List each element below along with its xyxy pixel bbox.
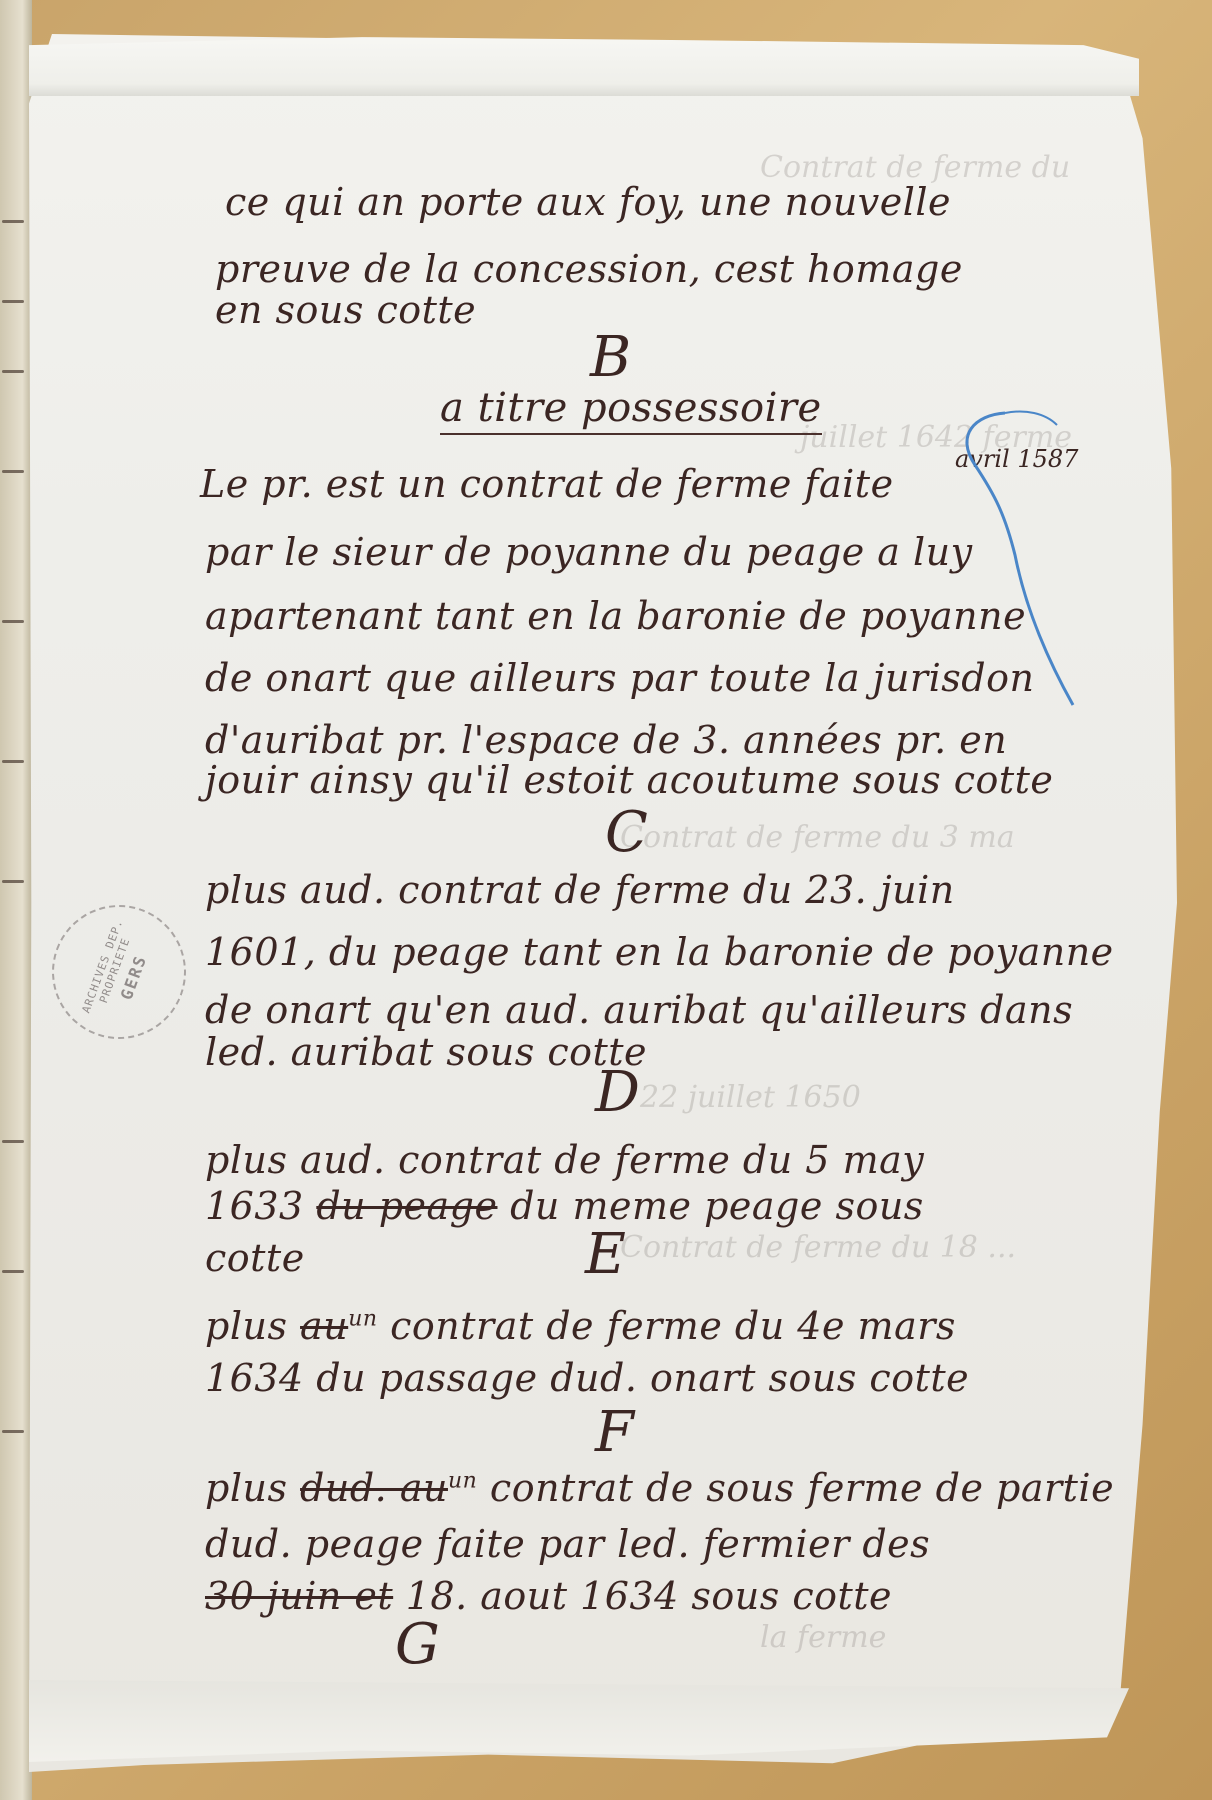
- struck-text: du peage: [316, 1184, 497, 1228]
- text-line: led. auribat sous cotte: [205, 1030, 647, 1074]
- paper-bottom-fold: [29, 1680, 1129, 1762]
- interlinear-insertion: un: [448, 1468, 477, 1493]
- bleed-through-text: la ferme: [760, 1620, 886, 1655]
- text-line: cotte: [205, 1236, 305, 1280]
- text-line: de onart que ailleurs par toute la juris…: [205, 656, 1034, 700]
- text-line: de onart qu'en aud. auribat qu'ailleurs …: [205, 988, 1073, 1032]
- section-letter-g: G: [395, 1612, 440, 1677]
- text-fragment: plus: [205, 1466, 287, 1510]
- text-line: preuve de la concession, cest homage: [215, 247, 963, 291]
- text-fragment: plus: [205, 1304, 287, 1348]
- section-letter-e: E: [585, 1222, 626, 1287]
- text-line: par le sieur de poyanne du peage a luy: [205, 530, 973, 574]
- text-line: 1633 du peage du meme peage sous: [205, 1184, 924, 1228]
- text-line: jouir ainsy qu'il estoit acoutume sous c…: [205, 758, 1053, 802]
- struck-text: dud. au: [300, 1466, 448, 1510]
- paper-top-fold: [29, 34, 1139, 96]
- struck-text: au: [300, 1304, 348, 1348]
- text-fragment: contrat de ferme du 4e mars: [390, 1304, 956, 1348]
- text-line: 30 juin et 18. aout 1634 sous cotte: [205, 1574, 892, 1618]
- text-line: Le pr. est un contrat de ferme faite: [200, 462, 894, 506]
- text-line: dud. peage faite par led. fermier des: [205, 1522, 930, 1566]
- bleed-through-text: 22 juillet 1650: [640, 1080, 861, 1115]
- section-letter-b: B: [590, 325, 631, 390]
- text-fragment: du meme peage sous: [510, 1184, 924, 1228]
- text-line: plus aud. contrat de ferme du 23. juin: [205, 868, 955, 912]
- text-line: plus dud. auun contrat de sous ferme de …: [205, 1466, 1114, 1510]
- year-text: 1633: [205, 1184, 304, 1228]
- text-fragment: 18. aout 1634 sous cotte: [406, 1574, 892, 1618]
- heading-text: a titre possessoire: [440, 385, 822, 435]
- bleed-through-text: Contrat de ferme du 3 ma: [620, 820, 1015, 855]
- text-line: 1634 du passage dud. onart sous cotte: [205, 1356, 969, 1400]
- section-letter-d: D: [595, 1060, 640, 1125]
- text-fragment: contrat de sous ferme de partie: [490, 1466, 1114, 1510]
- section-heading: a titre possessoire: [440, 385, 822, 431]
- text-line: d'auribat pr. l'espace de 3. années pr. …: [205, 718, 1007, 762]
- text-line: apartenant tant en la baronie de poyanne: [205, 594, 1026, 638]
- text-line: plus auun contrat de ferme du 4e mars: [205, 1304, 956, 1348]
- adjacent-book-page: [0, 0, 32, 1800]
- text-line: plus aud. contrat de ferme du 5 may: [205, 1138, 924, 1182]
- section-letter-f: F: [595, 1400, 634, 1465]
- text-line: ce qui an porte aux foy, une nouvelle: [225, 180, 951, 224]
- text-line: en sous cotte: [215, 288, 476, 332]
- section-letter-c: C: [605, 800, 648, 865]
- interlinear-insertion: un: [348, 1306, 377, 1331]
- text-line: 1601, du peage tant en la baronie de poy…: [205, 930, 1114, 974]
- struck-text: 30 juin et: [205, 1574, 393, 1618]
- bleed-through-text: Contrat de ferme du 18 ...: [620, 1230, 1016, 1265]
